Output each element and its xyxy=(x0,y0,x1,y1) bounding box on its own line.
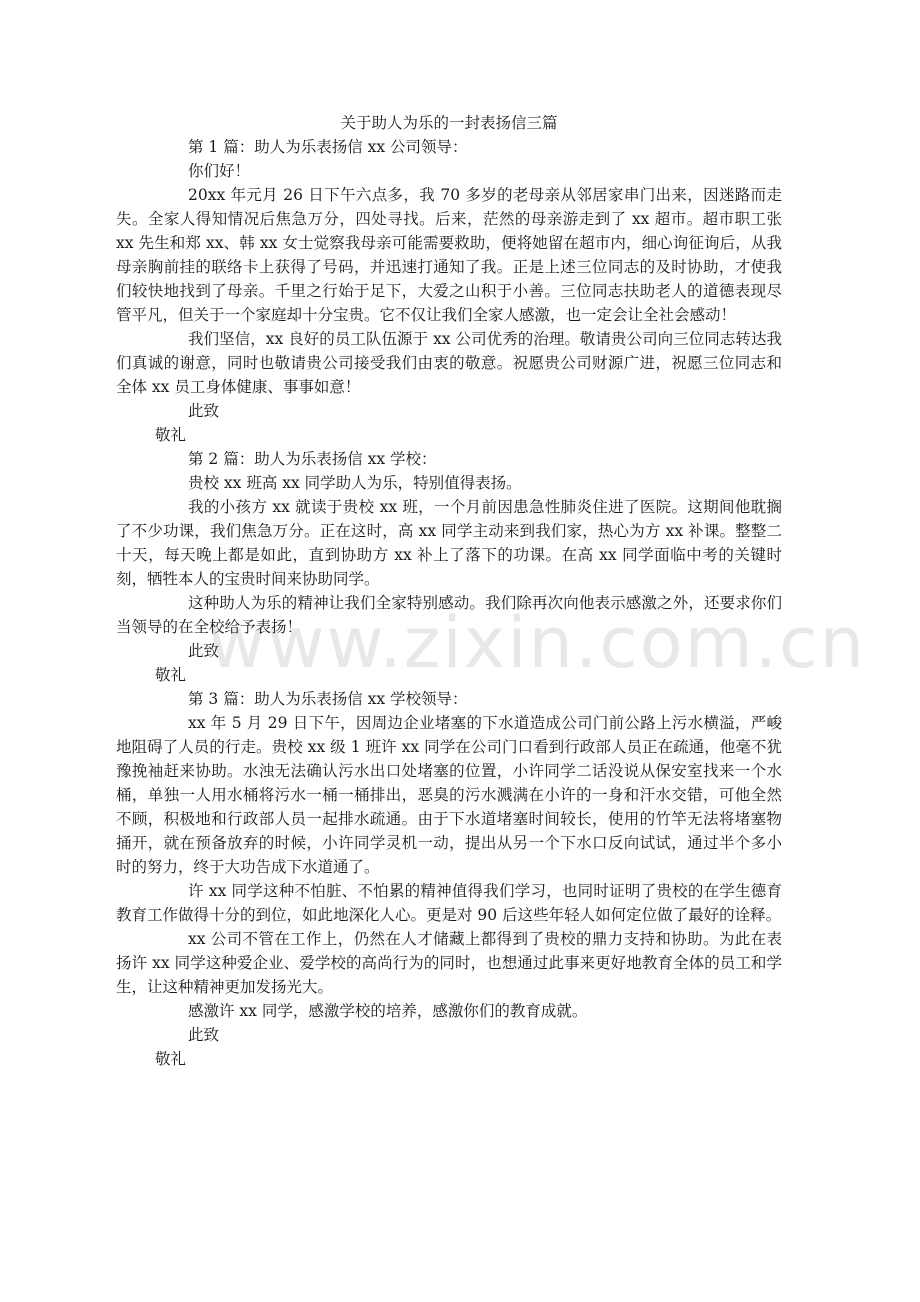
letter-paragraph: 感激许 xx 同学，感激学校的培养，感激你们的教育成就。 xyxy=(116,999,782,1023)
letter-paragraph: 我的小孩方 xx 就读于贵校 xx 班，一个月前因患急性肺炎住进了医院。这期间他… xyxy=(116,495,782,591)
letter-heading: 第 1 篇：助人为乐表扬信 xx 公司领导： xyxy=(116,135,782,159)
letter-regards: 敬礼 xyxy=(116,423,782,447)
document-title: 关于助人为乐的一封表扬信三篇 xyxy=(116,111,782,135)
letter-paragraph: 我们坚信，xx 良好的员工队伍源于 xx 公司优秀的治理。敬请贵公司向三位同志转… xyxy=(116,327,782,399)
letter-greeting: 你们好！ xyxy=(116,159,782,183)
document-page: 关于助人为乐的一封表扬信三篇 第 1 篇：助人为乐表扬信 xx 公司领导： 你们… xyxy=(116,111,782,1071)
letter-closing: 此致 xyxy=(116,399,782,423)
letter-regards: 敬礼 xyxy=(116,1047,782,1071)
letter-heading: 第 2 篇：助人为乐表扬信 xx 学校： xyxy=(116,447,782,471)
letter-closing: 此致 xyxy=(116,1023,782,1047)
letter-1: 第 1 篇：助人为乐表扬信 xx 公司领导： 你们好！ 20xx 年元月 26 … xyxy=(116,135,782,447)
letter-greeting: 贵校 xx 班高 xx 同学助人为乐，特别值得表扬。 xyxy=(116,471,782,495)
letter-closing: 此致 xyxy=(116,639,782,663)
letter-paragraph: xx 年 5 月 29 日下午，因周边企业堵塞的下水道造成公司门前公路上污水横溢… xyxy=(116,711,782,879)
letter-paragraph: 许 xx 同学这种不怕脏、不怕累的精神值得我们学习，也同时证明了贵校的在学生德育… xyxy=(116,879,782,927)
letter-3: 第 3 篇：助人为乐表扬信 xx 学校领导： xx 年 5 月 29 日下午，因… xyxy=(116,687,782,1071)
letter-2: 第 2 篇：助人为乐表扬信 xx 学校： 贵校 xx 班高 xx 同学助人为乐，… xyxy=(116,447,782,687)
letter-paragraph: 这种助人为乐的精神让我们全家特别感动。我们除再次向他表示感激之外，还要求你们当领… xyxy=(116,591,782,639)
letter-paragraph: xx 公司不管在工作上，仍然在人才储藏上都得到了贵校的鼎力支持和协助。为此在表扬… xyxy=(116,927,782,999)
letter-regards: 敬礼 xyxy=(116,663,782,687)
letter-paragraph: 20xx 年元月 26 日下午六点多，我 70 多岁的老母亲从邻居家串门出来，因… xyxy=(116,183,782,327)
letter-heading: 第 3 篇：助人为乐表扬信 xx 学校领导： xyxy=(116,687,782,711)
